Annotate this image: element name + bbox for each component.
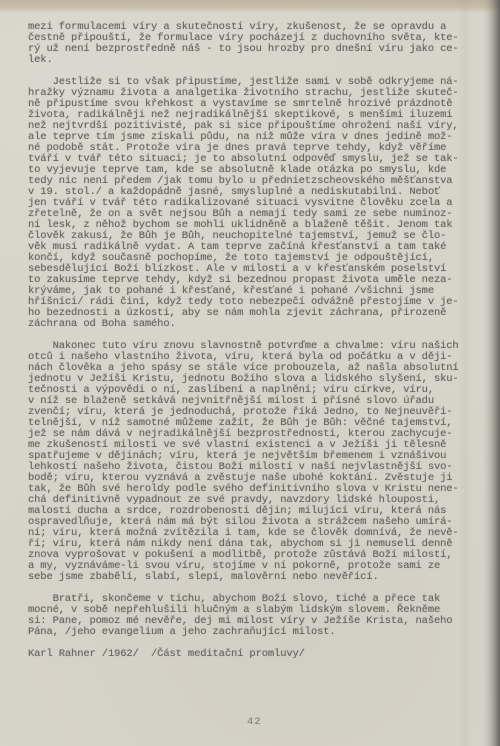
paragraph: Bratři, skončeme v tichu, abychom Boží s… — [28, 594, 480, 638]
scanned-document-page: mezi formulacemi víry a skutečností víry… — [0, 0, 500, 746]
paragraph: Jestliže si to však připustíme, jestliže… — [28, 77, 480, 330]
top-edge-strip — [0, 0, 500, 13]
attribution-line: Karl Rahner /1962/ /Část meditační proml… — [28, 649, 480, 660]
page-number: 42 — [247, 716, 262, 728]
page-edge-shadow — [483, 0, 500, 746]
paragraph: mezi formulacemi víry a skutečností víry… — [28, 22, 480, 66]
paragraph: Nakonec tuto víru znovu slavnostně potvr… — [28, 341, 480, 583]
document-text: mezi formulacemi víry a skutečností víry… — [28, 22, 480, 660]
